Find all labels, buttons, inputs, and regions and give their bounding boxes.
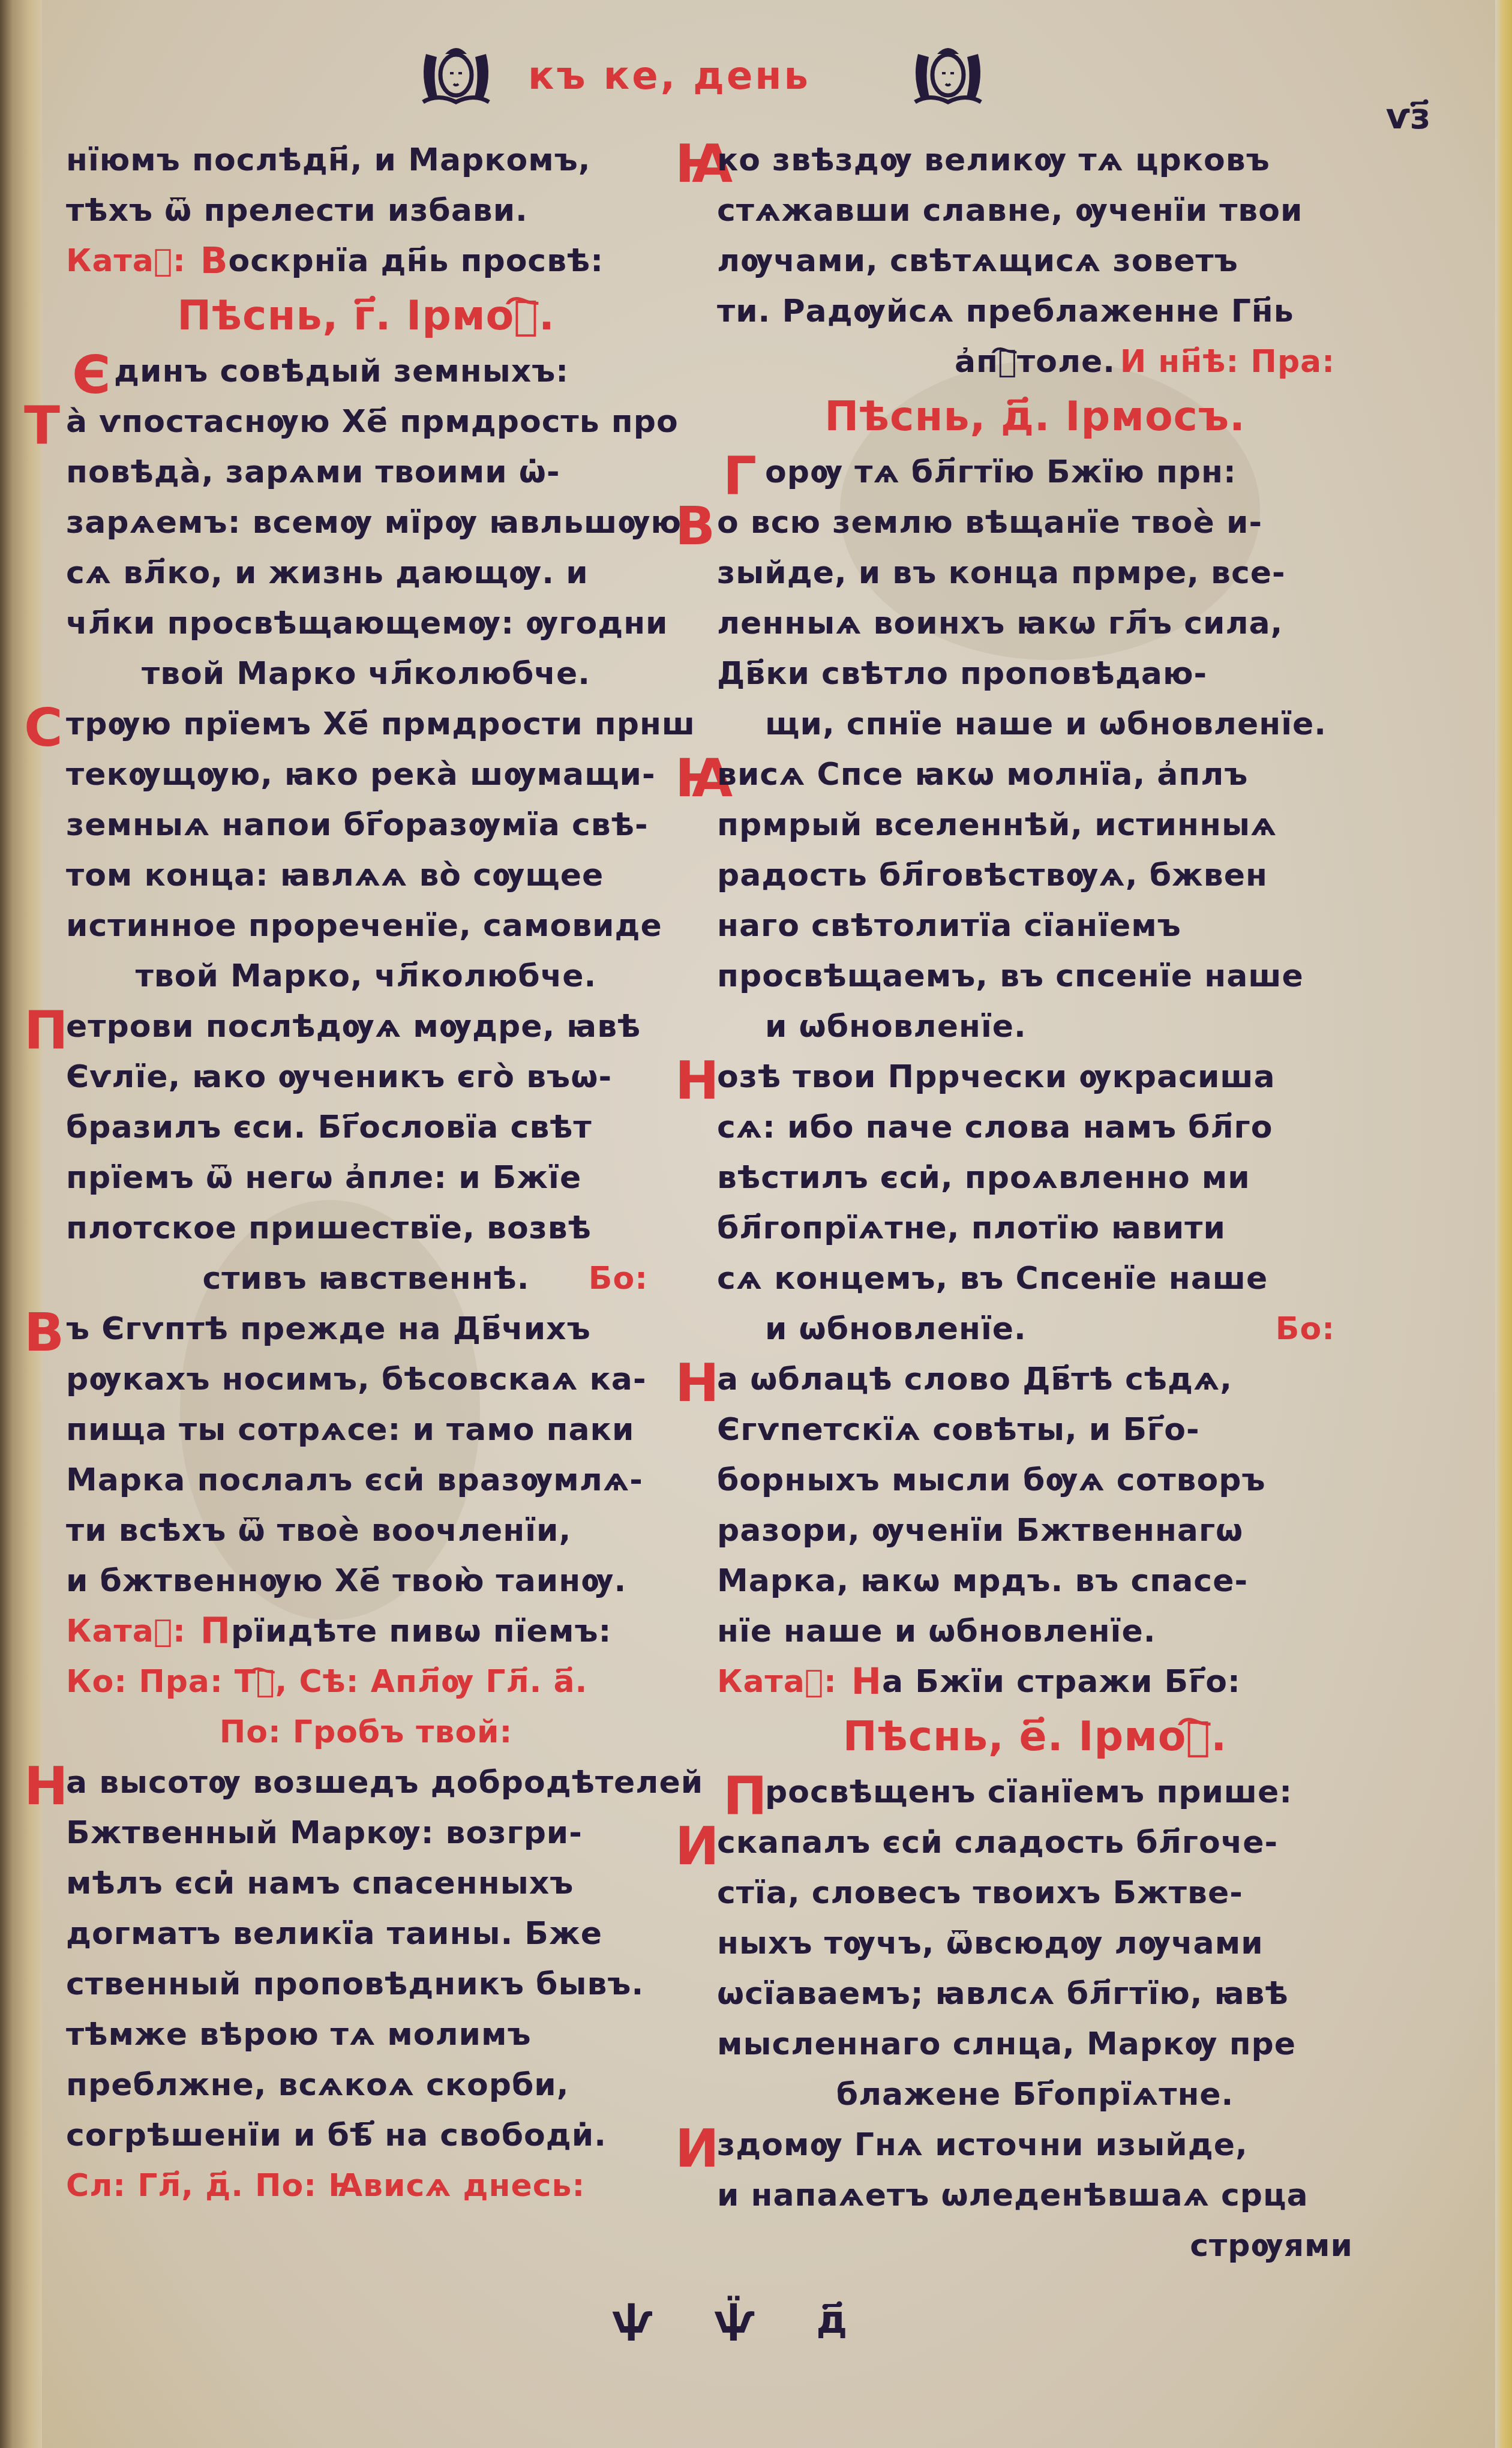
rubric-label: Катаᷯ: [717, 1664, 837, 1700]
line-text: зарѧемъ: всемѹ мїрѹ ꙗвльшѹю [66, 505, 682, 541]
text-line: Сл: Гл҃, д҃. По: Ꙗвисѧ днесь: [66, 2161, 666, 2211]
text-line: и ѡбновленїе. [717, 1001, 1353, 1052]
line-text: ко звѣздѹ великѹ тѧ црковъ [717, 142, 1270, 178]
text-line: радость бл҃говѣствѹѧ, бжвен [717, 850, 1353, 901]
text-line: повѣда̀, зарѧми твоими ѡ̇- [66, 447, 666, 497]
text-line: сѧ: ибо паче слова намъ бл҃го [717, 1102, 1353, 1153]
line-text: Єѵлїе, ꙗко ѹченикъ єго̀ въѡ- [66, 1059, 612, 1095]
rubric-label: Катаᷯ: [66, 243, 186, 279]
text-line: твой Марко чл҃колюбче. [66, 649, 666, 699]
line-text: твой Марко, чл҃колюбче. [136, 958, 597, 994]
text-line: Ко: Пра: Тⷭ҇, Сѣ: Апл҃ѹ Гл҃. а҃. [66, 1657, 666, 1707]
red-initial: В [675, 497, 717, 555]
ode-heading: Пѣснь, е҃. Ірмоⷭ҇. [717, 1707, 1353, 1767]
line-text: динъ совѣдый земныхъ: [114, 353, 569, 389]
red-initial: С [24, 699, 66, 757]
cherub-head-ornament-right [912, 42, 984, 108]
red-initial: В [24, 1304, 66, 1361]
text-line: сѧ вл҃ко, и жизнь дающѹ. и [66, 548, 666, 598]
line-text: разори, ѹченїи Бжтвеннагѡ [717, 1513, 1243, 1549]
text-line: тѣмже вѣрою тѧ молимъ [66, 2009, 666, 2060]
line-text: текѹщѹю, ꙗко река̀ шѹмащи- [66, 757, 656, 793]
line-text: рїидѣте пивѡ пїемъ: [231, 1613, 611, 1649]
text-line: Стрѹю прїемъ Хе҃ прмдрости прнш [66, 699, 666, 749]
line-text: о всю землю вѣщанїе твоѐ и- [717, 505, 1262, 541]
line-text: ныхъ тѹчъ, ѿвсюдѹ лѹчами [717, 1925, 1264, 1961]
red-initial: Н [24, 1757, 66, 1815]
line-text: етрови послѣдѹѧ мѹдре, ꙗвѣ [66, 1009, 641, 1045]
text-line: бл҃гопрїѧтне, плотїю ꙗвити [717, 1203, 1353, 1253]
text-line: Просвѣщенъ сїанїемъ прише: [717, 1767, 1353, 1817]
text-line: наго свѣтолитїа сїанїемъ [717, 901, 1353, 951]
text-line: Издомѹ Гнѧ источни изыйде, [717, 2120, 1353, 2170]
text-line: сѧ концемъ, въ Спсенїе наше [717, 1253, 1353, 1304]
line-text: мѣлъ єси̇ намъ спасенныхъ [66, 1865, 574, 1901]
heading-text: Пѣснь, д҃. Ірмосъ. [824, 393, 1246, 440]
line-text: висѧ Спсе ꙗкѡ молнїа, а҆плъ [717, 757, 1248, 793]
line-text: а҆пⷭ҇толе. [955, 344, 1115, 380]
text-line: Ꙗко звѣздѹ великѹ тѧ црковъ [717, 135, 1353, 185]
text-line: пища ты сотрѧсе: и тамо паки [66, 1405, 666, 1455]
text-line: и ѡбновленїе.Бо: [717, 1304, 1353, 1354]
ode-heading: Пѣснь, д҃. Ірмосъ. [717, 387, 1353, 447]
line-text: озѣ твои Пррчески ѹкрасиша [717, 1059, 1276, 1095]
ode-heading: Пѣснь, г҃. Ірмоⷭ҇. [66, 286, 666, 346]
line-text: и ѡбновленїе. [765, 1311, 1027, 1347]
text-line: ти всѣхъ ѿ твоѐ воочленїи, [66, 1505, 666, 1556]
text-line: текѹщѹю, ꙗко река̀ шѹмащи- [66, 749, 666, 800]
line-text: тѣмже вѣрою тѧ молимъ [66, 2017, 532, 2053]
line-text: истинное прореченїе, самовиде [66, 908, 662, 944]
line-text: а ѡблацѣ слово Дв҃тѣ сѣдѧ, [717, 1361, 1232, 1397]
line-text: ленныѧ воинхъ ꙗкѡ гл҃ъ сила, [717, 605, 1283, 641]
text-line: Катаᷯ:Воскрнїа дн҃ь просвѣ: [66, 236, 666, 286]
red-initial: П [200, 1606, 231, 1657]
line-text: скапалъ єси̇ сладость бл҃гоче- [717, 1825, 1278, 1861]
rubric-tag: Бо: [589, 1253, 648, 1304]
text-line: ленныѧ воинхъ ꙗкѡ гл҃ъ сила, [717, 598, 1353, 649]
heading-text: Пѣснь, е҃. Ірмоⷭ҇. [843, 1713, 1227, 1760]
line-text: и напаѧетъ ѡледенѣвшаѧ срца [717, 2177, 1309, 2213]
line-text: здомѹ Гнѧ источни изыйде, [717, 2127, 1248, 2163]
text-line: нїюмъ послѣдн҃, и Маркомъ, [66, 135, 666, 185]
line-text: тѣхъ ѿ прелести избави. [66, 193, 528, 229]
red-initial: Т [24, 397, 66, 454]
line-text: согрѣшенїи и бѣ҃ на свободи̇. [66, 2117, 607, 2153]
text-line: стивъ ꙗвственнѣ.Бо: [66, 1253, 666, 1304]
text-line: стрѹями [717, 2221, 1353, 2271]
binding-gutter [0, 0, 42, 2448]
text-line: Горѹ тѧ бл҃гтїю Бжїю прн: [717, 447, 1353, 497]
text-line: Дв҃ки свѣтло проповѣдаю- [717, 649, 1353, 699]
line-text: ственный проповѣдникъ бывъ. [66, 1966, 644, 2002]
text-line: вѣстилъ єси̇, проѧвленно ми [717, 1153, 1353, 1203]
text-line: прмрый вселеннѣй, истинныѧ [717, 800, 1353, 850]
line-text: ти. Радѹйсѧ преблаженне Гн҃ь [717, 293, 1294, 329]
red-initial: Н [675, 1354, 717, 1412]
line-text: сѧ концемъ, въ Спсенїе наше [717, 1261, 1268, 1297]
line-text: а Бжїи стражи Бг҃о: [882, 1664, 1241, 1700]
line-text: Марка послалъ єси̇ вразѹмлѧ- [66, 1462, 643, 1498]
book-page: къ ке, день ѵз҃ нїюмъ послѣдн҃, и Марком… [0, 0, 1512, 2448]
line-text: земныѧ напои бг҃оразѹмїа свѣ- [66, 807, 649, 843]
line-text: Ко: Пра: Тⷭ҇, Сѣ: Апл҃ѹ Гл҃. а҃. [66, 1664, 587, 1700]
line-text: Сл: Гл҃, д҃. По: Ꙗвисѧ днесь: [66, 2168, 585, 2204]
text-line: нїе наше и ѡбновленїе. [717, 1606, 1353, 1657]
text-line: Катаᷯ:На Бжїи стражи Бг҃о: [717, 1657, 1353, 1707]
text-line: прїемъ ѿ негѡ а҆пле: и Бжїе [66, 1153, 666, 1203]
text-line: Нозѣ твои Пррчески ѹкрасиша [717, 1052, 1353, 1102]
page-header: къ ке, день [420, 42, 1080, 108]
line-text: Єгѵпетскїѧ совѣты, и Бг҃о- [717, 1412, 1200, 1448]
line-text: и бжтвеннѹю Хе҃ твою̀ таинѹ. [66, 1563, 626, 1599]
text-line: борныхъ мысли бѹѧ сотворъ [717, 1455, 1353, 1505]
line-text: просвѣщаемъ, въ спсенїе наше [717, 958, 1304, 994]
text-line: стїа, словесъ твоихъ Бжтве- [717, 1868, 1353, 1918]
text-line: ти. Радѹйсѧ преблаженне Гн҃ь [717, 286, 1353, 337]
line-text: оскрнїа дн҃ь просвѣ: [229, 243, 604, 279]
line-text: плотское пришествїе, возвѣ [66, 1210, 592, 1246]
text-line: щи, спнїе наше и ѡбновленїе. [717, 699, 1353, 749]
line-text: вѣстилъ єси̇, проѧвленно ми [717, 1160, 1250, 1196]
text-line: мѣлъ єси̇ намъ спасенныхъ [66, 1858, 666, 1909]
line-text: и ѡбновленїе. [765, 1009, 1027, 1045]
text-line: рѹкахъ носимъ, бѣсовскаѧ ка- [66, 1354, 666, 1405]
rubric-tag: И нн҃ѣ: Пра: [1120, 337, 1335, 387]
text-line: догматъ великїа таины. Бже [66, 1909, 666, 1959]
text-line: Марка послалъ єси̇ вразѹмлѧ- [66, 1455, 666, 1505]
line-text: зыйде, и въ конца прмре, все- [717, 555, 1286, 591]
line-text: стїа, словесъ твоихъ Бжтве- [717, 1875, 1243, 1911]
text-line: Бжтвенный Маркѹ: возгри- [66, 1808, 666, 1858]
text-line: и бжтвеннѹю Хе҃ твою̀ таинѹ. [66, 1556, 666, 1606]
line-text: наго свѣтолитїа сїанїемъ [717, 908, 1181, 944]
folio-number: ѵз҃ [1386, 96, 1430, 137]
line-text: блажене Бг҃опрїѧтне. [836, 2077, 1234, 2113]
line-text: нїе наше и ѡбновленїе. [717, 1613, 1156, 1649]
line-text: бл҃гопрїѧтне, плотїю ꙗвити [717, 1210, 1226, 1246]
text-line: зыйде, и въ конца прмре, все- [717, 548, 1353, 598]
text-line: ныхъ тѹчъ, ѿвсюдѹ лѹчами [717, 1918, 1353, 1969]
text-line: твой Марко, чл҃колюбче. [66, 951, 666, 1001]
red-initial: П [723, 1767, 765, 1825]
text-line: Петрови послѣдѹѧ мѹдре, ꙗвѣ [66, 1001, 666, 1052]
rubric-label: Катаᷯ: [66, 1613, 186, 1649]
text-line: Въ Єгѵптѣ прежде на Дв҃чихъ [66, 1304, 666, 1354]
text-line: ѡсїаваемъ; ꙗвлсѧ бл҃гтїю, ꙗвѣ [717, 1969, 1353, 2019]
line-text: По: Гробъ твой: [220, 1714, 513, 1750]
right-column: Ꙗко звѣздѹ великѹ тѧ црковъстѧжавши слав… [717, 135, 1353, 2271]
line-text: ти всѣхъ ѿ твоѐ воочленїи, [66, 1513, 571, 1549]
line-text: лѹчами, свѣтѧщисѧ зоветъ [717, 243, 1238, 279]
line-text: Дв҃ки свѣтло проповѣдаю- [717, 656, 1207, 692]
line-text: нїюмъ послѣдн҃, и Маркомъ, [66, 142, 591, 178]
line-text: повѣда̀, зарѧми твоими ѡ̇- [66, 454, 560, 490]
text-line: стѧжавши славне, ѹченїи твои [717, 185, 1353, 236]
line-text: щи, спнїе наше и ѡбновленїе. [765, 706, 1327, 742]
text-line: зарѧемъ: всемѹ мїрѹ ꙗвльшѹю [66, 497, 666, 548]
page-edge [1495, 0, 1512, 2448]
line-text: радость бл҃говѣствѹѧ, бжвен [717, 857, 1268, 893]
red-initial: Г [723, 447, 765, 505]
text-line: блажене Бг҃опрїѧтне. [717, 2069, 1353, 2120]
text-line: Та̀ ѵпостаснѹю Хе҃ прмдрость про [66, 397, 666, 447]
text-line: бразилъ єси. Бг҃ословїа свѣт [66, 1102, 666, 1153]
text-line: том конца: ꙗвлѧѧ во̀ сѹщее [66, 850, 666, 901]
text-line: ственный проповѣдникъ бывъ. [66, 1959, 666, 2009]
text-line: согрѣшенїи и бѣ҃ на свободи̇. [66, 2110, 666, 2161]
text-line: Єдинъ совѣдый земныхъ: [66, 346, 666, 397]
line-text: твой Марко чл҃колюбче. [142, 656, 590, 692]
text-line: Єгѵпетскїѧ совѣты, и Бг҃о- [717, 1405, 1353, 1455]
red-initial: И [675, 2120, 717, 2177]
line-text: преблжне, всѧкоѧ скорби, [66, 2067, 569, 2103]
text-line: лѹчами, свѣтѧщисѧ зоветъ [717, 236, 1353, 286]
line-text: росвѣщенъ сїанїемъ прише: [765, 1774, 1292, 1810]
running-title: къ ке, день [528, 54, 888, 98]
text-line: На ѡблацѣ слово Дв҃тѣ сѣдѧ, [717, 1354, 1353, 1405]
line-text: стѧжавши славне, ѹченїи твои [717, 193, 1303, 229]
text-line: а҆пⷭ҇толе.И нн҃ѣ: Пра: [717, 337, 1353, 387]
cherub-head-ornament-left [420, 42, 492, 108]
text-line: разори, ѹченїи Бжтвеннагѡ [717, 1505, 1353, 1556]
line-text: трѹю прїемъ Хе҃ прмдрости прнш [66, 706, 695, 742]
text-line: мысленнаго слнца, Маркѹ пре [717, 2019, 1353, 2069]
text-line: Катаᷯ:Прїидѣте пивѡ пїемъ: [66, 1606, 666, 1657]
text-line: Ꙗвисѧ Спсе ꙗкѡ молнїа, а҆плъ [717, 749, 1353, 800]
red-initial: И [675, 1817, 717, 1875]
line-text: догматъ великїа таины. Бже [66, 1916, 602, 1952]
line-text: мысленнаго слнца, Маркѹ пре [717, 2026, 1296, 2062]
line-text: ъ Єгѵптѣ прежде на Дв҃чихъ [66, 1311, 591, 1347]
line-text: сѧ: ибо паче слова намъ бл҃го [717, 1109, 1273, 1145]
text-line: На высотѹ возшедъ добродѣтелей [66, 1757, 666, 1808]
text-line: просвѣщаемъ, въ спсенїе наше [717, 951, 1353, 1001]
line-text: а высотѹ возшедъ добродѣтелей [66, 1765, 703, 1801]
text-line: и напаѧетъ ѡледенѣвшаѧ срца [717, 2170, 1353, 2221]
red-initial: П [24, 1001, 66, 1059]
line-text: пища ты сотрѧсе: и тамо паки [66, 1412, 634, 1448]
signature-mark: ѱ ѱ̈ д҃ [612, 2298, 871, 2342]
line-text: орѹ тѧ бл҃гтїю Бжїю прн: [765, 454, 1237, 490]
line-text: Марка, ꙗкѡ мрдъ. въ спасе- [717, 1563, 1248, 1599]
line-text: прїемъ ѿ негѡ а҆пле: и Бжїе [66, 1160, 581, 1196]
line-text: а̀ ѵпостаснѹю Хе҃ прмдрость про [66, 404, 679, 440]
red-initial: Н [675, 1052, 717, 1109]
red-initial: В [200, 236, 229, 286]
line-text: Бжтвенный Маркѹ: возгри- [66, 1815, 583, 1851]
text-line: плотское пришествїе, возвѣ [66, 1203, 666, 1253]
line-text: ѡсїаваемъ; ꙗвлсѧ бл҃гтїю, ꙗвѣ [717, 1976, 1289, 2012]
text-line: преблжне, всѧкоѧ скорби, [66, 2060, 666, 2110]
text-line: земныѧ напои бг҃оразѹмїа свѣ- [66, 800, 666, 850]
red-initial: Ꙗ [675, 749, 717, 807]
left-column: нїюмъ послѣдн҃, и Маркомъ,тѣхъ ѿ прелест… [66, 135, 666, 2211]
rubric-tag: Бо: [1276, 1304, 1335, 1354]
line-text: чл҃ки просвѣщающемѹ: ѹгодни [66, 605, 668, 641]
text-line: тѣхъ ѿ прелести избави. [66, 185, 666, 236]
red-initial: Є [72, 346, 114, 404]
text-line: Искапалъ єси̇ сладость бл҃гоче- [717, 1817, 1353, 1868]
line-text: прмрый вселеннѣй, истинныѧ [717, 807, 1277, 843]
text-line: истинное прореченїе, самовиде [66, 901, 666, 951]
line-text: сѧ вл҃ко, и жизнь дающѹ. и [66, 555, 589, 591]
line-text: борныхъ мысли бѹѧ сотворъ [717, 1462, 1265, 1498]
line-text: рѹкахъ носимъ, бѣсовскаѧ ка- [66, 1361, 647, 1397]
text-line: Єѵлїе, ꙗко ѹченикъ єго̀ въѡ- [66, 1052, 666, 1102]
line-text: бразилъ єси. Бг҃ословїа свѣт [66, 1109, 592, 1145]
line-text: том конца: ꙗвлѧѧ во̀ сѹщее [66, 857, 604, 893]
heading-text: Пѣснь, г҃. Ірмоⷭ҇. [177, 292, 555, 340]
red-initial: Н [851, 1657, 882, 1707]
red-initial: Ꙗ [675, 135, 717, 193]
text-line: Во всю землю вѣщанїе твоѐ и- [717, 497, 1353, 548]
text-line: Марка, ꙗкѡ мрдъ. въ спасе- [717, 1556, 1353, 1606]
line-text: стрѹями [1190, 2228, 1353, 2264]
line-text: стивъ ꙗвственнѣ. [202, 1261, 529, 1297]
text-line: По: Гробъ твой: [66, 1707, 666, 1757]
text-line: чл҃ки просвѣщающемѹ: ѹгодни [66, 598, 666, 649]
